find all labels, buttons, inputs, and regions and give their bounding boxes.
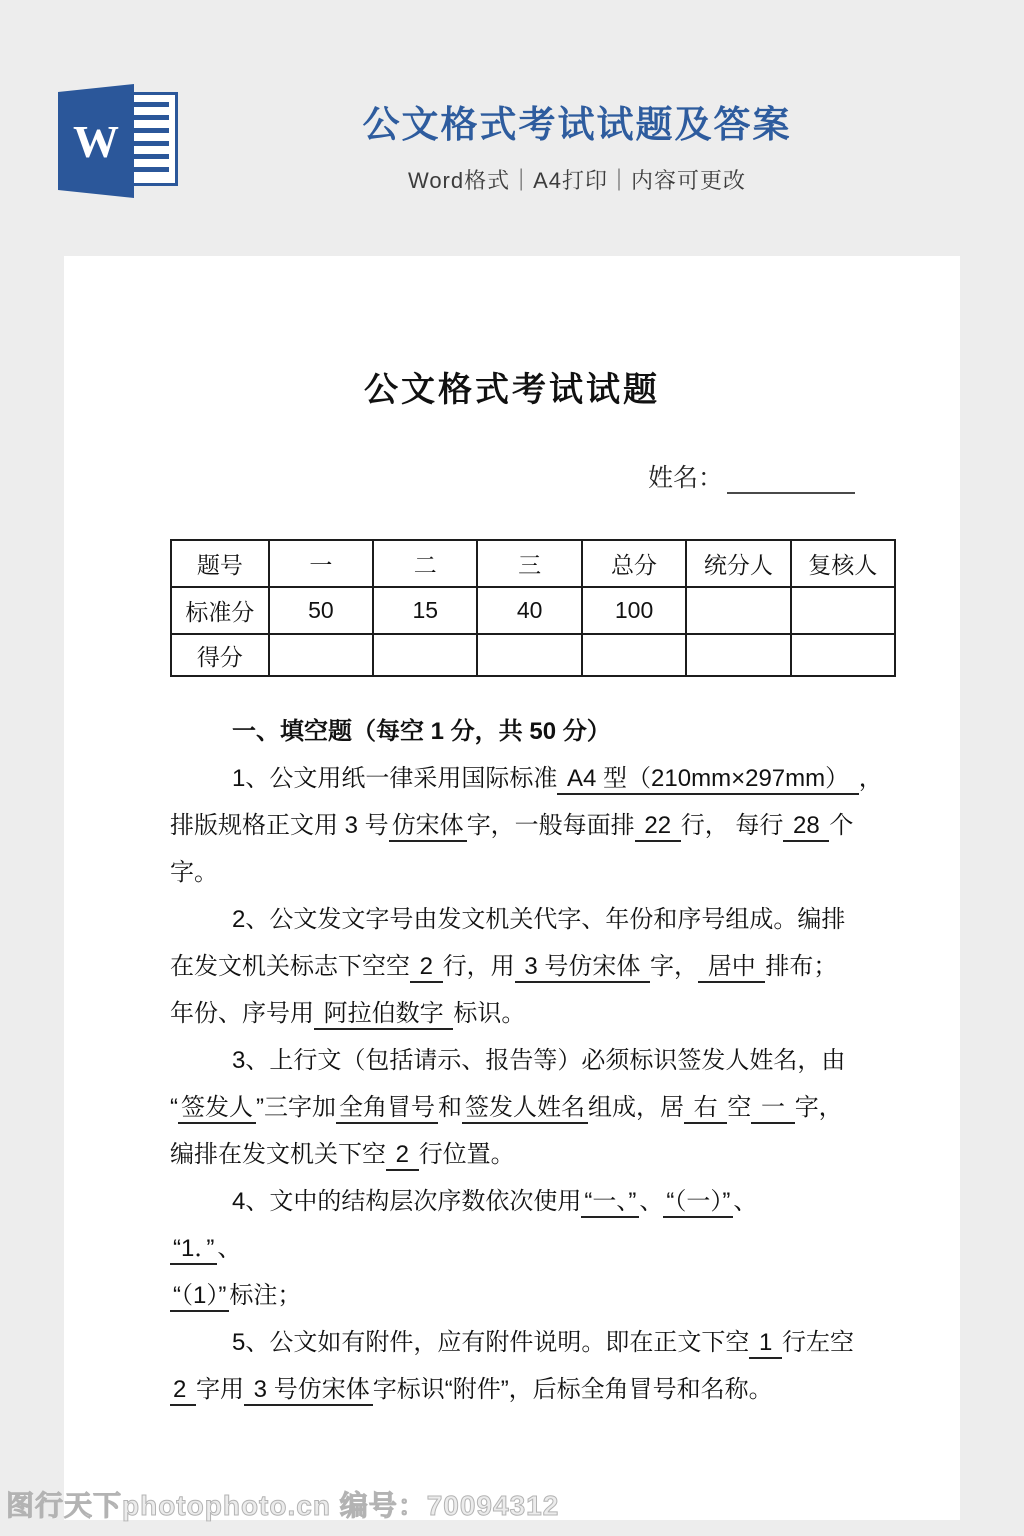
- text-line: “签发人”三字加全角冒号和签发人姓名组成，居 右 空 一 字，: [170, 1084, 902, 1131]
- blank-answer: “（一）”: [663, 1188, 733, 1218]
- blank-answer: 2: [386, 1141, 419, 1171]
- text-line: 一、填空题（每空 1 分，共 50 分）: [170, 708, 902, 755]
- table-cell: [582, 634, 686, 676]
- blank-answer: 2: [410, 953, 443, 983]
- name-blank: [727, 472, 855, 494]
- text-segment: 字标识“附件”，后标全角冒号和名称。: [373, 1376, 773, 1403]
- table-cell: [686, 587, 790, 634]
- blank-answer: 3 号仿宋体: [515, 953, 650, 983]
- name-row: 姓名：: [648, 458, 855, 494]
- table-cell: 三: [477, 540, 581, 587]
- text-line: 字。: [170, 849, 902, 896]
- text-segment: 标识。: [453, 1000, 525, 1027]
- blank-answer: 阿拉伯数字: [314, 1000, 453, 1030]
- table-cell: 二: [373, 540, 477, 587]
- text-line: 3、上行文（包括请示、报告等）必须标识签发人姓名，由: [170, 1037, 902, 1084]
- name-label: 姓名：: [648, 465, 723, 492]
- header: 公文格式考试试题及答案 Word格式｜A4打印｜内容可更改: [190, 94, 964, 195]
- table-cell: 一: [269, 540, 373, 587]
- text-line: “1．”、: [170, 1225, 902, 1272]
- blank-answer: 右: [684, 1094, 727, 1124]
- text-segment: 个: [829, 812, 853, 839]
- blank-answer: 28: [783, 812, 829, 842]
- text-segment: 4、文中的结构层次序数依次使用: [232, 1188, 581, 1215]
- blank-answer: “（1）”: [170, 1282, 229, 1312]
- text-segment: 、: [639, 1188, 663, 1215]
- blank-answer: 2: [170, 1376, 196, 1406]
- blank-answer: “一、”: [581, 1188, 639, 1218]
- text-segment: 1、公文用纸一律采用国际标准: [232, 765, 557, 792]
- text-line: 5、公文如有附件，应有附件说明。即在正文下空 1 行左空: [170, 1319, 902, 1366]
- document-title: 公文格式考试试题: [64, 362, 960, 411]
- text-segment: ，: [859, 765, 883, 792]
- text-line: 排版规格正文用 3 号仿宋体字，一般每面排 22 行， 每行 28 个: [170, 802, 902, 849]
- blank-answer: 一: [751, 1094, 794, 1124]
- table-cell: 标准分: [171, 587, 269, 634]
- text-segment: 空: [727, 1094, 751, 1121]
- question-body: 一、填空题（每空 1 分，共 50 分）1、公文用纸一律采用国际标准 A4 型（…: [170, 708, 902, 1413]
- text-segment: 排布；: [765, 953, 837, 980]
- table-cell: 15: [373, 587, 477, 634]
- table-row: 标准分501540100: [171, 587, 895, 634]
- text-segment: 字，: [795, 1094, 843, 1121]
- text-line: 2 字用 3 号仿宋体字标识“附件”，后标全角冒号和名称。: [170, 1366, 902, 1413]
- text-segment: 一、填空题（每空 1 分，共 50 分）: [232, 718, 611, 745]
- text-segment: 2、公文发文字号由发文机关代字、年份和序号组成。编排: [232, 906, 845, 933]
- text-segment: 字，: [650, 953, 698, 980]
- table-cell: [269, 634, 373, 676]
- blank-answer: 签发人姓名: [462, 1094, 588, 1124]
- word-icon: W: [58, 84, 180, 198]
- blank-answer: 居中: [698, 953, 765, 983]
- page-title: 公文格式考试试题及答案: [190, 94, 964, 148]
- blank-answer: 仿宋体: [389, 812, 467, 842]
- table-cell: 50: [269, 587, 373, 634]
- text-segment: 组成，居: [588, 1094, 684, 1121]
- table-cell: 40: [477, 587, 581, 634]
- table-row: 题号一二三总分统分人复核人: [171, 540, 895, 587]
- page-subtitle: Word格式｜A4打印｜内容可更改: [190, 164, 964, 195]
- text-line: 2、公文发文字号由发文机关代字、年份和序号组成。编排: [170, 896, 902, 943]
- score-table: 题号一二三总分统分人复核人标准分501540100得分: [170, 539, 896, 677]
- text-segment: 字，一般每面排: [467, 812, 635, 839]
- text-line: 4、文中的结构层次序数依次使用“一、”、“（一）”、: [170, 1178, 902, 1225]
- table-cell: [686, 634, 790, 676]
- text-segment: 行， 每行: [681, 812, 784, 839]
- blank-answer: 全角冒号: [336, 1094, 438, 1124]
- text-segment: 行左空: [782, 1329, 854, 1356]
- text-line: 编排在发文机关下空 2 行位置。: [170, 1131, 902, 1178]
- table-cell: 得分: [171, 634, 269, 676]
- table-cell: 总分: [582, 540, 686, 587]
- document-page: 公文格式考试试题 姓名： 题号一二三总分统分人复核人标准分501540100得分…: [64, 256, 960, 1520]
- blank-answer: 3 号仿宋体: [244, 1376, 373, 1406]
- text-segment: 编排在发文机关下空: [170, 1141, 386, 1168]
- table-cell: [791, 634, 895, 676]
- watermark: 图行天下photophoto.cn 编号：70094312: [6, 1484, 559, 1524]
- blank-answer: 1: [749, 1329, 782, 1359]
- text-segment: 3、上行文（包括请示、报告等）必须标识签发人姓名，由: [232, 1047, 845, 1074]
- text-segment: 年份、序号用: [170, 1000, 314, 1027]
- text-segment: 排版规格正文用 3 号: [170, 812, 389, 839]
- text-segment: 在发文机关标志下空空: [170, 953, 410, 980]
- word-icon-text-lines: [131, 102, 169, 176]
- text-segment: 、: [217, 1235, 241, 1262]
- word-icon-panel: W: [58, 84, 134, 198]
- text-segment: 行，用: [443, 953, 515, 980]
- text-segment: 标注；: [229, 1282, 301, 1309]
- blank-answer: 签发人: [178, 1094, 256, 1124]
- text-segment: 行位置。: [419, 1141, 515, 1168]
- table-cell: 题号: [171, 540, 269, 587]
- text-segment: 、: [733, 1188, 757, 1215]
- word-icon-letter: W: [73, 115, 119, 168]
- text-line: 年份、序号用 阿拉伯数字 标识。: [170, 990, 902, 1037]
- text-segment: 字。: [170, 859, 218, 886]
- text-segment: 和: [438, 1094, 462, 1121]
- table-row: 得分: [171, 634, 895, 676]
- table-cell: 统分人: [686, 540, 790, 587]
- text-segment: 字用: [196, 1376, 244, 1403]
- table-cell: [791, 587, 895, 634]
- text-line: 1、公文用纸一律采用国际标准 A4 型（210mm×297mm） ，: [170, 755, 902, 802]
- text-segment: 5、公文如有附件，应有附件说明。即在正文下空: [232, 1329, 749, 1356]
- blank-answer: A4 型（210mm×297mm）: [557, 765, 858, 795]
- text-line: 在发文机关标志下空空 2 行，用 3 号仿宋体 字， 居中 排布；: [170, 943, 902, 990]
- text-segment: ”三字加: [256, 1094, 336, 1121]
- page-canvas: W 公文格式考试试题及答案 Word格式｜A4打印｜内容可更改 公文格式考试试题…: [0, 0, 1024, 1536]
- table-cell: 100: [582, 587, 686, 634]
- table-cell: [477, 634, 581, 676]
- text-segment: “: [170, 1094, 178, 1121]
- blank-answer: 22: [635, 812, 681, 842]
- text-line: “（1）”标注；: [170, 1272, 902, 1319]
- blank-answer: “1．”: [170, 1235, 217, 1265]
- table-cell: [373, 634, 477, 676]
- table-cell: 复核人: [791, 540, 895, 587]
